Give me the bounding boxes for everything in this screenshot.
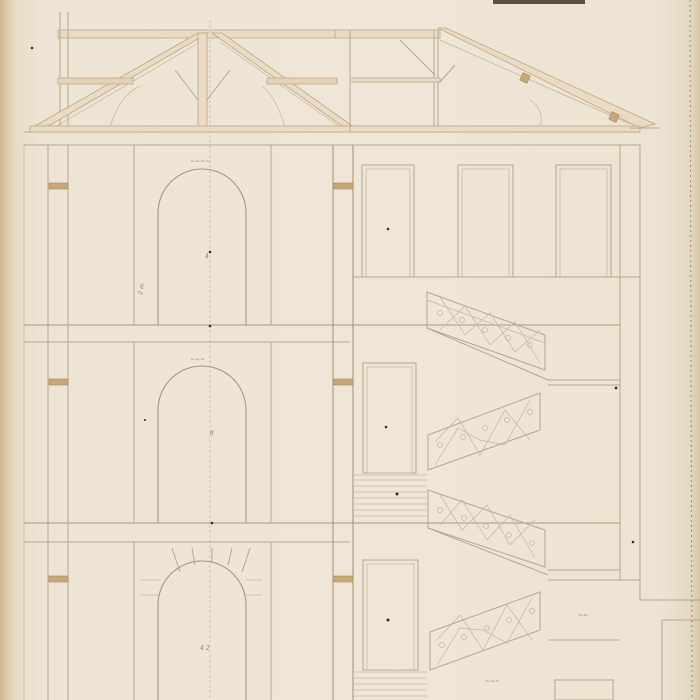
arch-mark: 4 xyxy=(204,253,209,260)
architectural-section: ~~~~ 4 2 m ~~~ 8 4 2 xyxy=(0,0,700,700)
room-label: ~~ xyxy=(578,612,588,619)
side-note: 2 m xyxy=(137,283,146,297)
arch-floor-2: ~~~ 8 xyxy=(158,356,246,523)
room-label: ~~~ xyxy=(485,678,500,685)
arch-label-middle: ~~~ xyxy=(190,356,205,363)
stair-steps xyxy=(353,475,427,696)
balustrade-3 xyxy=(428,490,548,575)
arch-label-top: ~~~~ xyxy=(190,158,210,165)
upper-doors xyxy=(353,165,640,277)
arch-floor-3: ~~~~ 4 2 m xyxy=(137,158,246,325)
arch-floor-1: 4 2 xyxy=(140,548,262,700)
arch-mark: 8 xyxy=(210,430,214,437)
paper-edge xyxy=(690,0,692,700)
wall-hatch-markers xyxy=(49,183,353,582)
balustrade-4 xyxy=(430,592,540,670)
drawing-sheet: ~~~~ 4 2 m ~~~ 8 4 2 xyxy=(0,0,700,700)
balustrade-2 xyxy=(428,393,540,470)
arch-mark: 4 2 xyxy=(199,645,210,652)
landing-doors xyxy=(363,363,613,700)
balustrade-1 xyxy=(427,292,548,380)
roof-truss xyxy=(30,12,660,132)
